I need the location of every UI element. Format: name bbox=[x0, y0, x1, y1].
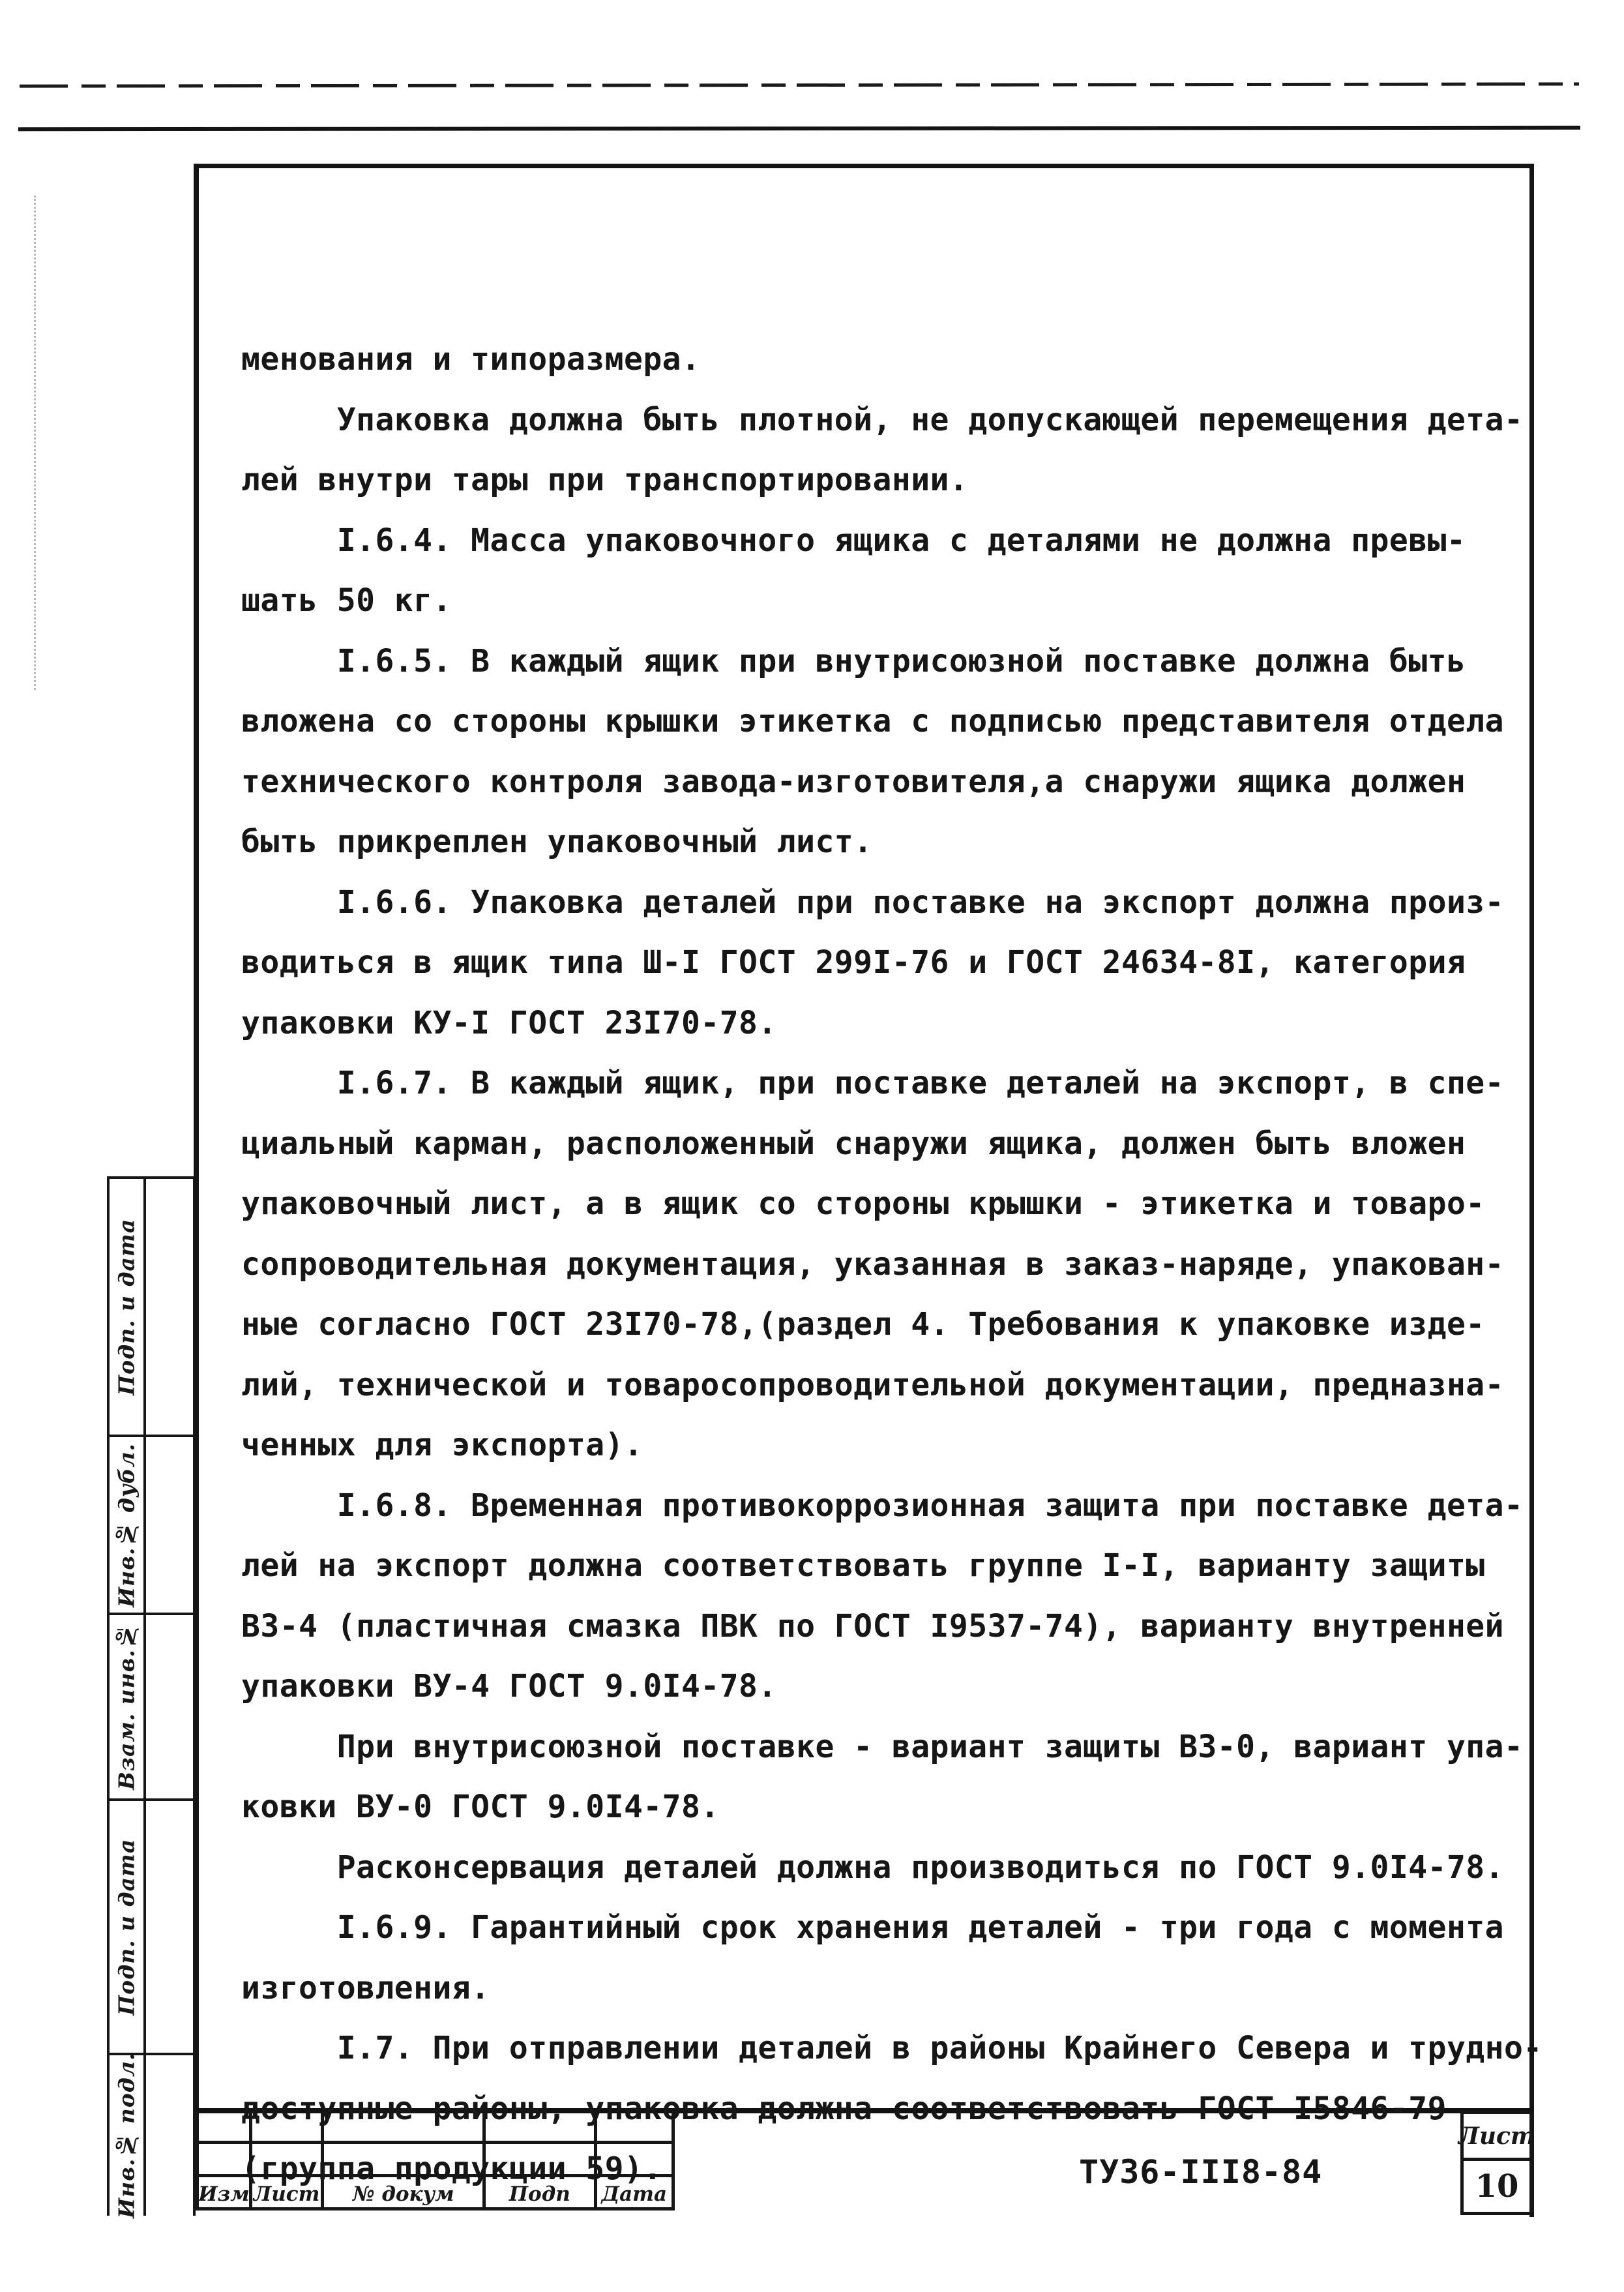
text-line: шать 50 кг. bbox=[241, 571, 1535, 631]
stamp-box-inv-podl: Инв.№ подл. bbox=[107, 2053, 196, 2216]
text-line: упаковки ВУ-4 ГОСТ 9.0I4-78. bbox=[241, 1656, 1535, 1717]
revision-cell bbox=[199, 2111, 252, 2141]
text-line: циальный карман, расположенный снаружи я… bbox=[241, 1114, 1535, 1174]
text-line: I.6.6. Упаковка деталей при поставке на … bbox=[241, 872, 1535, 933]
revision-header-cell: № докум bbox=[324, 2177, 486, 2207]
stamp-box-inv-dubl: Инв.№ дубл. bbox=[107, 1435, 196, 1613]
top-solid-rule bbox=[18, 126, 1580, 132]
text-line: ковки ВУ-0 ГОСТ 9.0I4-78. bbox=[241, 1777, 1535, 1838]
text-line: I.6.8. Временная противокоррозионная защ… bbox=[241, 1476, 1535, 1536]
text-line: I.6.4. Масса упаковочного ящика с деталя… bbox=[241, 511, 1535, 571]
text-line: I.6.7. В каждый ящик, при поставке детал… bbox=[241, 1053, 1535, 1114]
text-line: Упаковка должна быть плотной, не допуска… bbox=[241, 390, 1535, 451]
stamp-label: Подп. и дата bbox=[110, 1801, 143, 2053]
text-line: упаковки КУ-I ГОСТ 23I70-78. bbox=[241, 993, 1535, 1054]
revision-header-cell: Дата bbox=[597, 2177, 672, 2207]
text-line: упаковочный лист, а в ящик со стороны кр… bbox=[241, 1174, 1535, 1234]
text-line: вложена со стороны крышки этикетка с под… bbox=[241, 691, 1535, 752]
revision-row-empty bbox=[199, 2111, 672, 2144]
stamp-label: Инв.№ подл. bbox=[110, 2055, 143, 2216]
text-line: изготовления. bbox=[241, 1958, 1535, 2019]
scanned-document-page: { "page": { "background": "#ffffff", "in… bbox=[0, 0, 1624, 2292]
revision-header-row: ИзмЛист№ докумПодпДата bbox=[199, 2177, 672, 2207]
revision-row-empty bbox=[199, 2144, 672, 2177]
body-text: менования и типоразмера. Упаковка должна… bbox=[241, 209, 1535, 2199]
stamp-column: Подп. и дата Инв.№ дубл. Взам. инв.№ Под… bbox=[107, 1176, 196, 2216]
text-line: ченных для экспорта). bbox=[241, 1415, 1535, 1476]
text-line: I.6.5. В каждый ящик при внутрисоюзной п… bbox=[241, 631, 1535, 692]
text-line: лей внутри тары при транспортировании. bbox=[241, 450, 1535, 511]
sheet-box: Лист 10 bbox=[1460, 2111, 1533, 2215]
stamp-box-podp-i-data-2: Подп. и дата bbox=[107, 1798, 196, 2053]
revision-cell bbox=[324, 2144, 486, 2174]
stamp-label: Инв.№ дубл. bbox=[110, 1437, 143, 1613]
sheet-number: 10 bbox=[1464, 2161, 1530, 2212]
text-line: Расконсервация деталей должна производит… bbox=[241, 1838, 1535, 1898]
stamp-box-vzam-inv: Взам. инв.№ bbox=[107, 1613, 196, 1798]
revision-header-cell: Подп bbox=[486, 2177, 597, 2207]
text-line: ВЗ-4 (пластичная смазка ПВК по ГОСТ I953… bbox=[241, 1596, 1535, 1657]
stamp-label: Подп. и дата bbox=[110, 1179, 143, 1435]
text-line: ные согласно ГОСТ 23I70-78,(раздел 4. Тр… bbox=[241, 1294, 1535, 1355]
frame-top-border bbox=[194, 164, 1534, 168]
text-line: I.7. При отправлении деталей в районы Кр… bbox=[241, 2018, 1535, 2079]
text-line: лей на экспорт должна соответствовать гр… bbox=[241, 1536, 1535, 1596]
text-line: технического контроля завода-изготовител… bbox=[241, 752, 1535, 812]
text-line: I.6.9. Гарантийный срок хранения деталей… bbox=[241, 1898, 1535, 1958]
revision-header-cell: Лист bbox=[252, 2177, 325, 2207]
revision-header-cell: Изм bbox=[199, 2177, 252, 2207]
revision-cell bbox=[486, 2144, 597, 2174]
revision-cell bbox=[486, 2111, 597, 2141]
sheet-label: Лист bbox=[1464, 2114, 1530, 2161]
revision-cell bbox=[597, 2111, 672, 2141]
text-line: менования и типоразмера. bbox=[241, 329, 1535, 390]
left-edge-perforation-artifact bbox=[34, 196, 36, 690]
revision-table: ИзмЛист№ докумПодпДата bbox=[196, 2111, 675, 2210]
revision-cell bbox=[252, 2144, 325, 2174]
document-number: ТУ36-III8-84 bbox=[1079, 2153, 1327, 2191]
text-line: лий, технической и товаросопроводительно… bbox=[241, 1355, 1535, 1416]
stamp-label: Взам. инв.№ bbox=[110, 1615, 143, 1798]
text-line: сопроводительная документация, указанная… bbox=[241, 1234, 1535, 1295]
revision-cell bbox=[324, 2111, 486, 2141]
stamp-box-podp-i-data-1: Подп. и дата bbox=[107, 1176, 196, 1435]
text-line: водиться в ящик типа Ш-I ГОСТ 299I-76 и … bbox=[241, 932, 1535, 993]
top-dashed-rule bbox=[20, 82, 1579, 87]
revision-cell bbox=[252, 2111, 325, 2141]
text-line: быть прикреплен упаковочный лист. bbox=[241, 812, 1535, 872]
revision-cell bbox=[199, 2144, 252, 2174]
text-line: При внутрисоюзной поставке - вариант защ… bbox=[241, 1717, 1535, 1778]
revision-cell bbox=[597, 2144, 672, 2174]
